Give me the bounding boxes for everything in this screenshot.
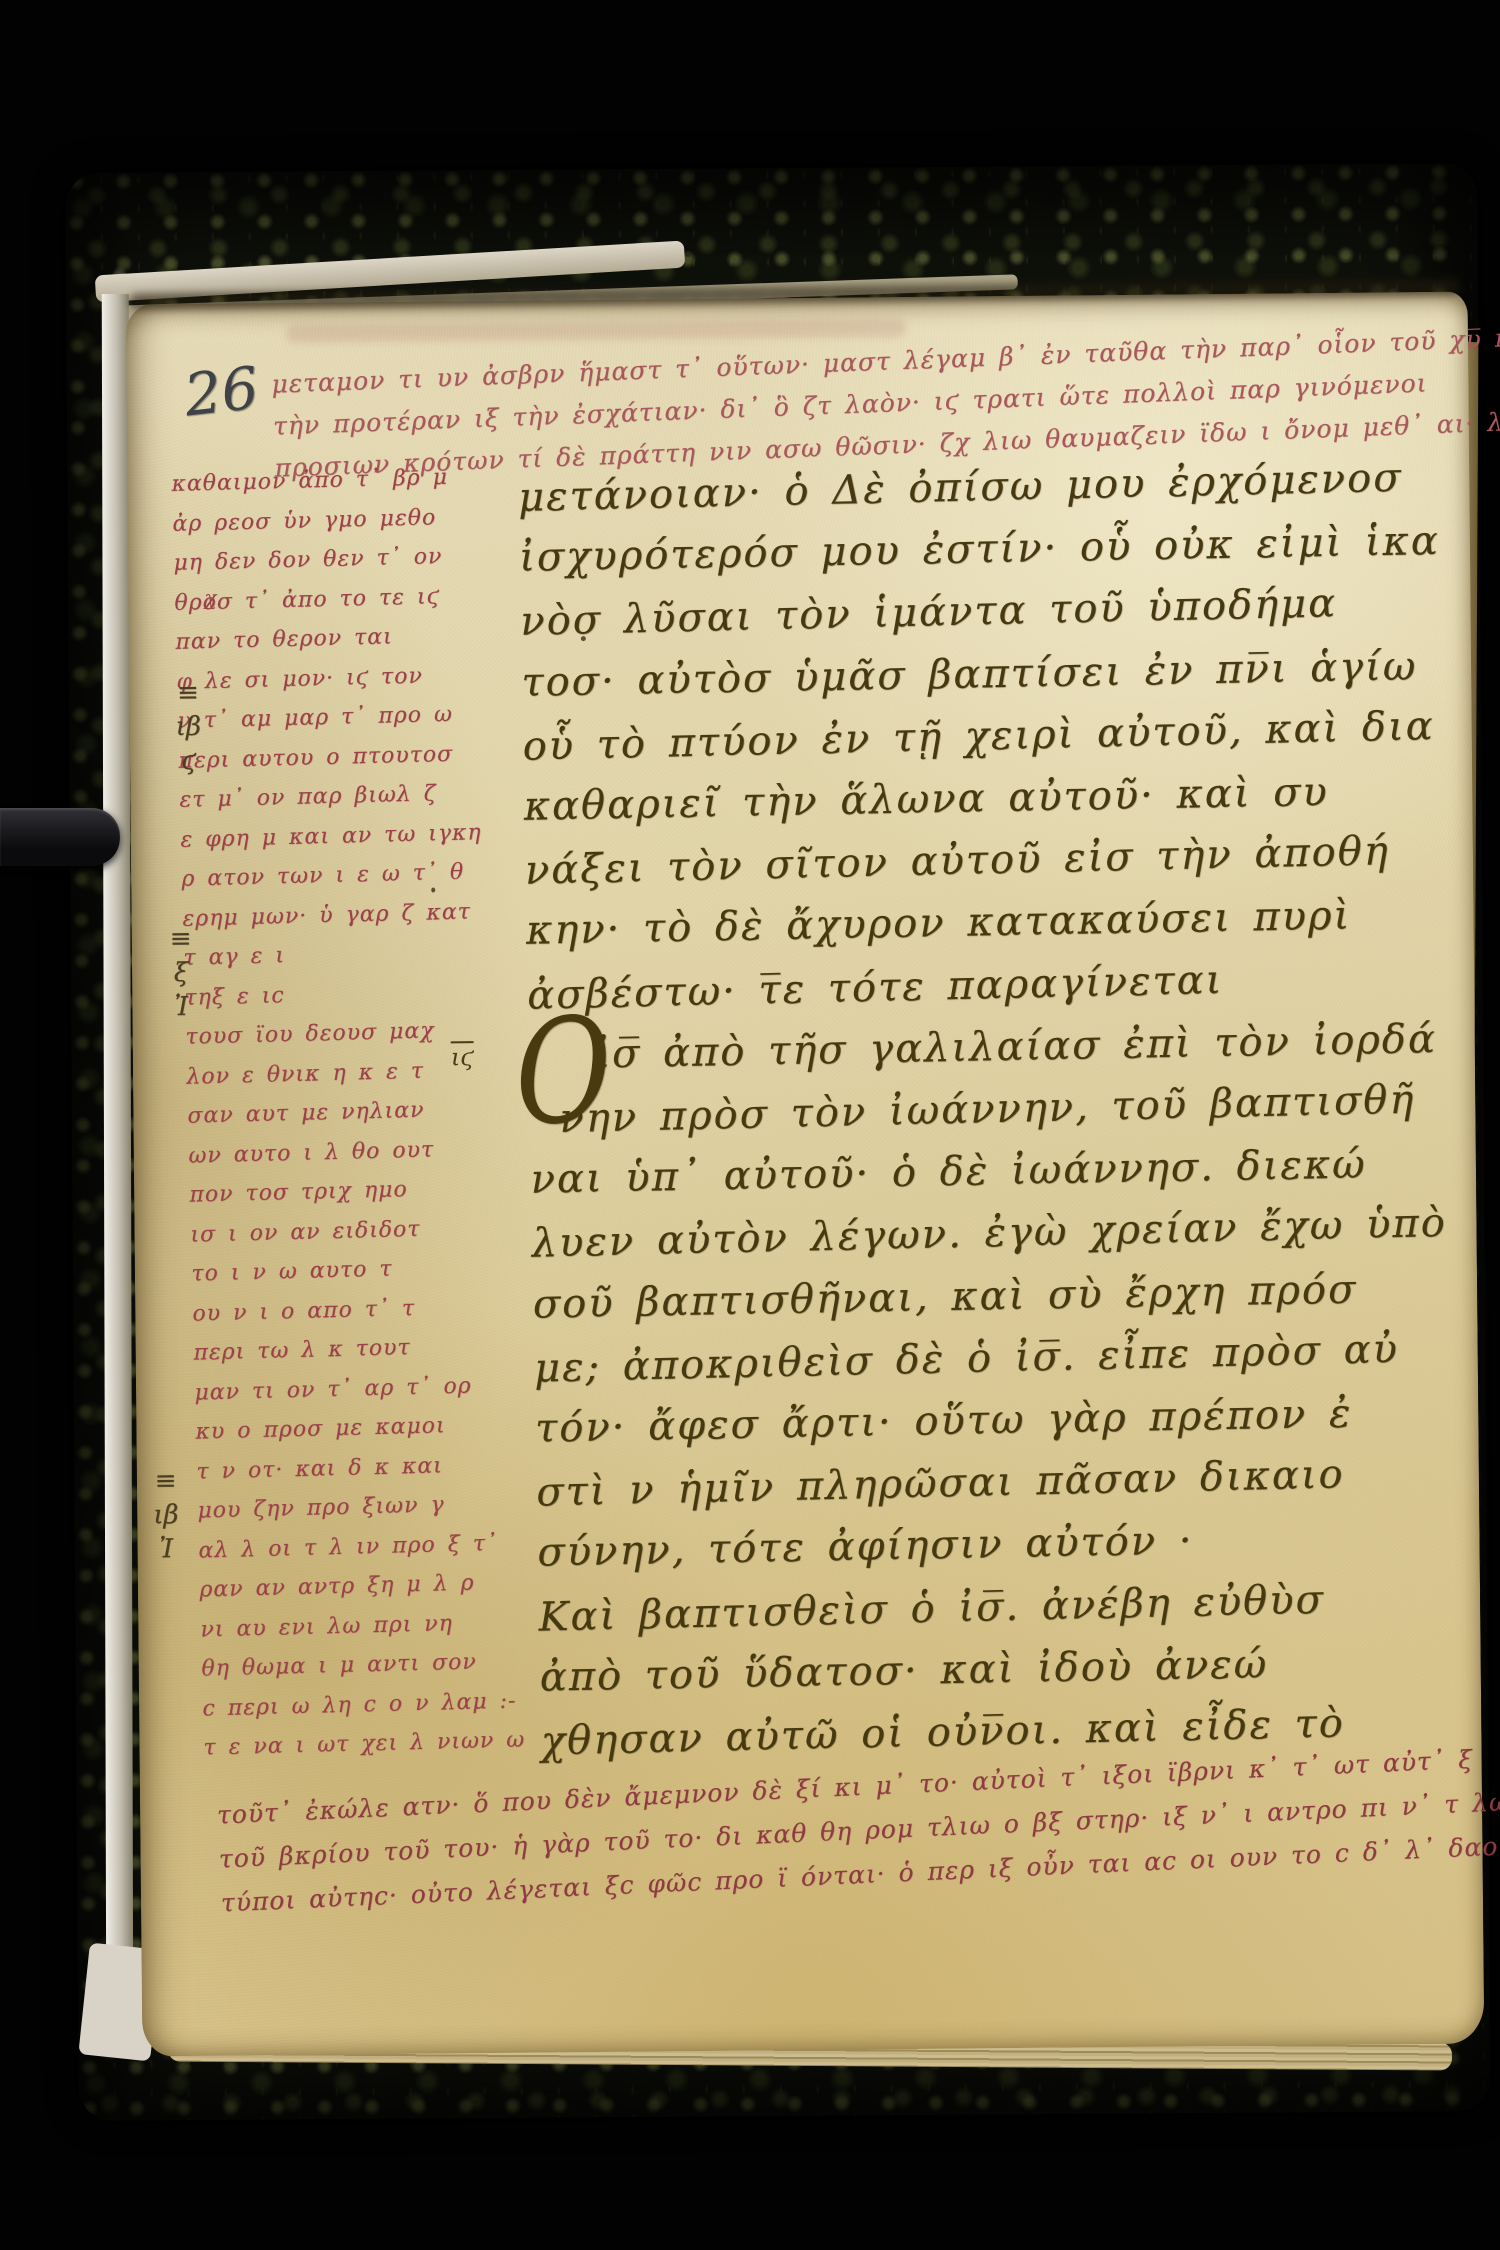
section-number: ιϛ: [451, 1043, 474, 1071]
manuscript-photo: 26 μεταμον τι υν ἀσβρν ἥμαστ τ᾿ οὕτων· μ…: [0, 0, 1500, 2250]
kephalaion-mark: ≡ ιβ Ἰ: [153, 1464, 179, 1566]
gloss-line: τ ε να ι ωτ χει λ νιων ω: [203, 1720, 556, 1768]
mark-glyph: ≡: [170, 922, 192, 956]
faded-ink-smudge: [286, 319, 906, 343]
mark-glyph: Ἰ: [174, 990, 188, 1024]
enlarged-initial-omicron: Ο: [512, 997, 614, 1146]
kephalaion-mark: ≡ ιβ ϛ: [175, 676, 201, 778]
kephalaion-mark: ≡ ξ Ἰ: [170, 922, 193, 1024]
mark-glyph: ≡: [177, 676, 199, 710]
ink-speck: [581, 636, 586, 641]
manuscript-page: 26 μεταμον τι υν ἀσβρν ἥμαστ τ᾿ οὕτων· μ…: [126, 292, 1485, 2057]
mark-glyph: ιβ: [176, 710, 202, 744]
bottom-commentary-block: τοῦτ᾿ ἐκώλε ατν· ὅ που δὲν ἄμεμνον δὲ ξί…: [216, 1738, 1477, 1926]
ink-speck: [431, 888, 435, 893]
mark-glyph: ιβ: [153, 1498, 179, 1532]
gospel-text-block: μετάνοιαν· ὁ Δὲ ὀπίσω μου ἐρχόμενοσἰσχυρ…: [517, 448, 1471, 1771]
folio-number: 26: [181, 354, 262, 430]
mark-glyph: ξ: [174, 956, 189, 990]
mark-glyph: Ἰ: [159, 1532, 173, 1566]
mark-glyph: ≡: [154, 1464, 176, 1498]
ink-speck: [685, 251, 691, 257]
book-cradle-clamp: [0, 808, 120, 866]
cross-annotation: χ: [204, 586, 216, 610]
marginal-commentary-column: καθαιμον ἀπο τ᾿ βρ μἀρ ρεοσ ὑν γμο μεθομ…: [171, 456, 556, 1768]
mark-glyph: ϛ: [181, 744, 196, 778]
